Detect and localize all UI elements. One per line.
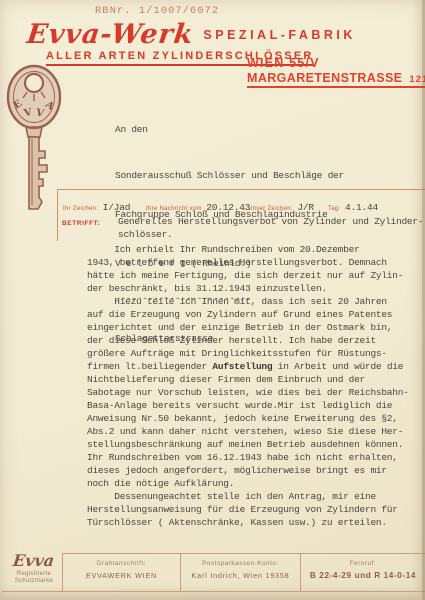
vintage-key-icon: E V V A bbox=[5, 55, 65, 217]
letterhead-city: WIEN 55/V bbox=[247, 56, 425, 70]
body-line: der beschränkt, bis 31.12.1943 einzustel… bbox=[87, 282, 419, 295]
field-date: Tag: 4.1.44 bbox=[328, 197, 378, 215]
recipient-salutation: An den bbox=[115, 123, 344, 136]
body-line: Nichtbelieferung dieser Firmen dem Einbr… bbox=[87, 373, 419, 386]
registration-stamp-number: RBNr. 1/1007/6072 bbox=[95, 5, 219, 17]
your-reference-value: I/Jad bbox=[103, 202, 131, 213]
body-line: eingerichtet und der einzige Betrieb in … bbox=[87, 321, 419, 334]
field-your-reference: Ihr Zeichen: I/Jad bbox=[63, 197, 130, 215]
body-line: firmen lt.beiliegender Aufstellung in Ar… bbox=[87, 360, 419, 373]
subject-text: Generelles Herstellungsverbot von Zylind… bbox=[118, 215, 423, 241]
postal-account-value: Karl Indrich, Wien 19358 bbox=[181, 571, 300, 580]
your-message-value: 20.12.43 bbox=[206, 202, 250, 213]
phone-label: Fernruf: bbox=[301, 560, 425, 567]
street-number: 121 bbox=[409, 74, 425, 85]
body-line: Basa-Anlage bereits versucht wurde.Mir i… bbox=[87, 399, 419, 412]
brand-script-logo: Evva-Werk bbox=[25, 20, 195, 50]
body-line: hätte ich meine Fertigung, die sich derz… bbox=[87, 269, 419, 282]
footer-col-phone: Fernruf: B 22-4-29 und R 14-0-14 bbox=[301, 560, 425, 580]
body-line: 1943, betreffend generelles Herstellungs… bbox=[87, 256, 419, 269]
body-line: Abs.2 und kann daher nicht verstehen, wi… bbox=[87, 425, 419, 438]
street-name: MARGARETENSTRASSE bbox=[247, 71, 402, 85]
brand-suffix: SPEZIAL-FABRIK bbox=[203, 28, 355, 42]
footer-col-telegraph: Drahtanschrift: EVVAWERK WIEN bbox=[63, 560, 180, 580]
body-line: auf die Erzeugung von Zylindern auf Grun… bbox=[87, 308, 419, 321]
body-line: Sabotage nur Vorschub leisten, wie dies … bbox=[87, 386, 419, 399]
field-our-reference: Unser Zeichen: J/R bbox=[248, 197, 314, 215]
footer-col-postal-account: Postsparkassen-Konto: Karl Indrich, Wien… bbox=[181, 560, 300, 580]
body-line: dieses jedoch angefordert, möglicherweis… bbox=[87, 464, 419, 477]
footer-logo-block: Evva Registrierte Schutzmarke bbox=[8, 552, 60, 585]
date-label: Tag: bbox=[328, 206, 341, 212]
phone-value: B 22-4-29 und R 14-0-14 bbox=[301, 571, 425, 580]
letter-body: Ich erhielt Ihr Rundschreiben vom 20.Dez… bbox=[87, 243, 419, 529]
our-reference-label: Unser Zeichen: bbox=[248, 206, 293, 212]
your-message-label: Ihre Nachricht vom bbox=[146, 206, 202, 212]
footer-divider-bottom bbox=[2, 591, 425, 592]
body-line: Ich erhielt Ihr Rundschreiben vom 20.Dez… bbox=[87, 243, 419, 256]
letterhead-street: MARGARETENSTRASSE121 bbox=[247, 71, 425, 88]
postal-account-label: Postsparkassen-Konto: bbox=[181, 560, 300, 567]
body-line: Türschlösser ( Aktenschränke, Kassen usw… bbox=[87, 516, 419, 529]
telegraph-label: Drahtanschrift: bbox=[63, 560, 180, 567]
body-line: größere Aufträge mit Dringlichkeitsstufe… bbox=[87, 347, 419, 360]
body-line: noch die nötige Aufklärung. bbox=[87, 477, 419, 490]
body-line: Ihr Rundschreiben vom 16.12.1943 habe ic… bbox=[87, 451, 419, 464]
letter-page: RBNr. 1/1007/6072 Evva-WerkSPEZIAL-FABRI… bbox=[0, 0, 425, 600]
subject-label: BETRIFFT: bbox=[62, 220, 100, 227]
letterhead-address: WIEN 55/V MARGARETENSTRASSE121 bbox=[247, 56, 425, 88]
body-line: Hiezu teile ich Ihnen mit, dass ich seit… bbox=[87, 295, 419, 308]
telegraph-value: EVVAWERK WIEN bbox=[63, 571, 180, 580]
trademark-line2: Schutzmarke bbox=[8, 578, 60, 585]
field-your-message-date: Ihre Nachricht vom 20.12.43 bbox=[146, 197, 250, 215]
body-line: stellungsbeschränkung auf meinen Betrieb… bbox=[87, 438, 419, 451]
footer-divider-top bbox=[62, 553, 425, 554]
letterhead-brand: Evva-WerkSPEZIAL-FABRIK bbox=[27, 20, 356, 50]
body-line: Dessenungeachtet stelle ich den Antrag, … bbox=[87, 490, 419, 503]
date-value: 4.1.44 bbox=[345, 202, 378, 213]
body-line: Herstellungsanweisung für die Erzeugung … bbox=[87, 503, 419, 516]
our-reference-value: J/R bbox=[297, 202, 314, 213]
body-line: der diese Schloß-Zylinder herstellt. Ich… bbox=[87, 334, 419, 347]
your-reference-label: Ihr Zeichen: bbox=[63, 206, 98, 212]
recipient-line1: Sonderausschuß Schlösser und Beschläge d… bbox=[115, 169, 344, 182]
body-line: Anweisung Nr.50 bekannt, jedoch keine Er… bbox=[87, 412, 419, 425]
footer-evva-logo: Evva bbox=[12, 552, 55, 570]
trademark-line1: Registrierte bbox=[8, 571, 60, 578]
